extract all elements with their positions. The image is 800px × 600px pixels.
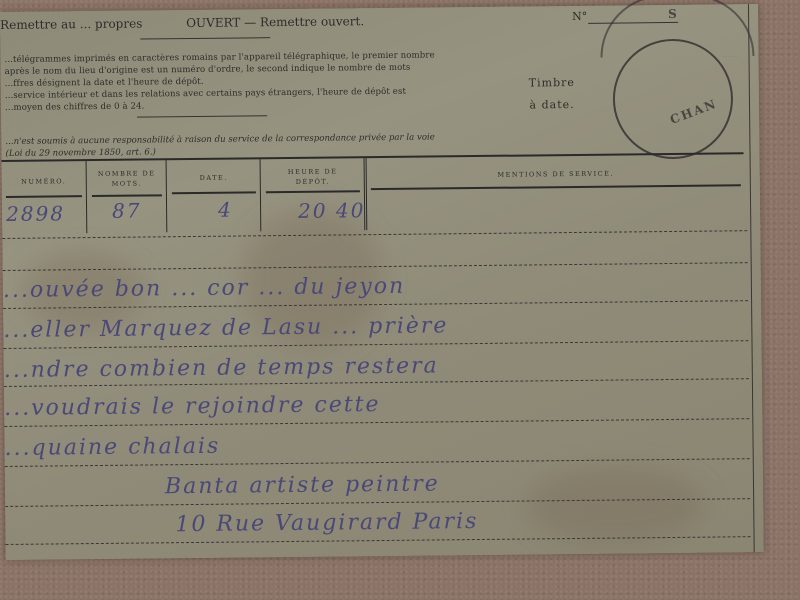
col-label: MENTIONS DE SERVICE. <box>367 168 745 180</box>
form-table-header: NUMÉRO. NOMBRE DE MOTS. DATE. HEURE DE D… <box>2 152 744 202</box>
address-line: 10 Rue Vaugirard Paris <box>175 509 478 537</box>
col-label: HEURE DE DÉPÔT. <box>278 166 348 187</box>
col-mentions-de-service: MENTIONS DE SERVICE. <box>366 154 746 230</box>
col-label: NOMBRE DE MOTS. <box>92 168 162 189</box>
header-left-text: Remettre au ... propres <box>0 17 142 32</box>
form-right-border <box>748 4 755 552</box>
telegram-form: Remettre au ... propres OUVERT — Remettr… <box>0 4 764 560</box>
message-line-5: ...quaine chalais <box>4 434 220 461</box>
date-label: à date. <box>529 94 575 116</box>
value-date: 4 <box>218 198 233 222</box>
postmark-text-top: S <box>668 7 679 21</box>
timbre-a-date-label: Timbre à date. <box>529 72 576 116</box>
header-ouvert-text: OUVERT — Remettre ouvert. <box>186 14 364 30</box>
col-label: NUMÉRO. <box>2 177 86 186</box>
message-line-3: ...ndre combien de temps restera <box>4 353 439 383</box>
value-heure-de-depot: 20 40 <box>298 198 366 223</box>
value-nombre-de-mots: 87 <box>112 199 142 223</box>
header-line: Remettre au ... propres OUVERT — Remettr… <box>0 13 480 32</box>
value-numero: 2898 <box>6 201 65 226</box>
instructions-block: ...télégrammes imprimés en caractères ro… <box>4 49 481 114</box>
message-line-1: ...ouvée bon ... cor ... du jeyon <box>3 274 406 303</box>
timbre-label: Timbre <box>529 72 575 94</box>
message-line-4: ...voudrais le rejoindre cette <box>4 392 381 421</box>
message-line-2: ...eller Marquez de Lasu ... prière <box>3 313 448 343</box>
signature-line: Banta artiste peintre <box>165 471 440 499</box>
col-date: DATE. <box>168 159 262 232</box>
number-label: N° <box>572 10 587 23</box>
col-label: DATE. <box>168 173 260 182</box>
